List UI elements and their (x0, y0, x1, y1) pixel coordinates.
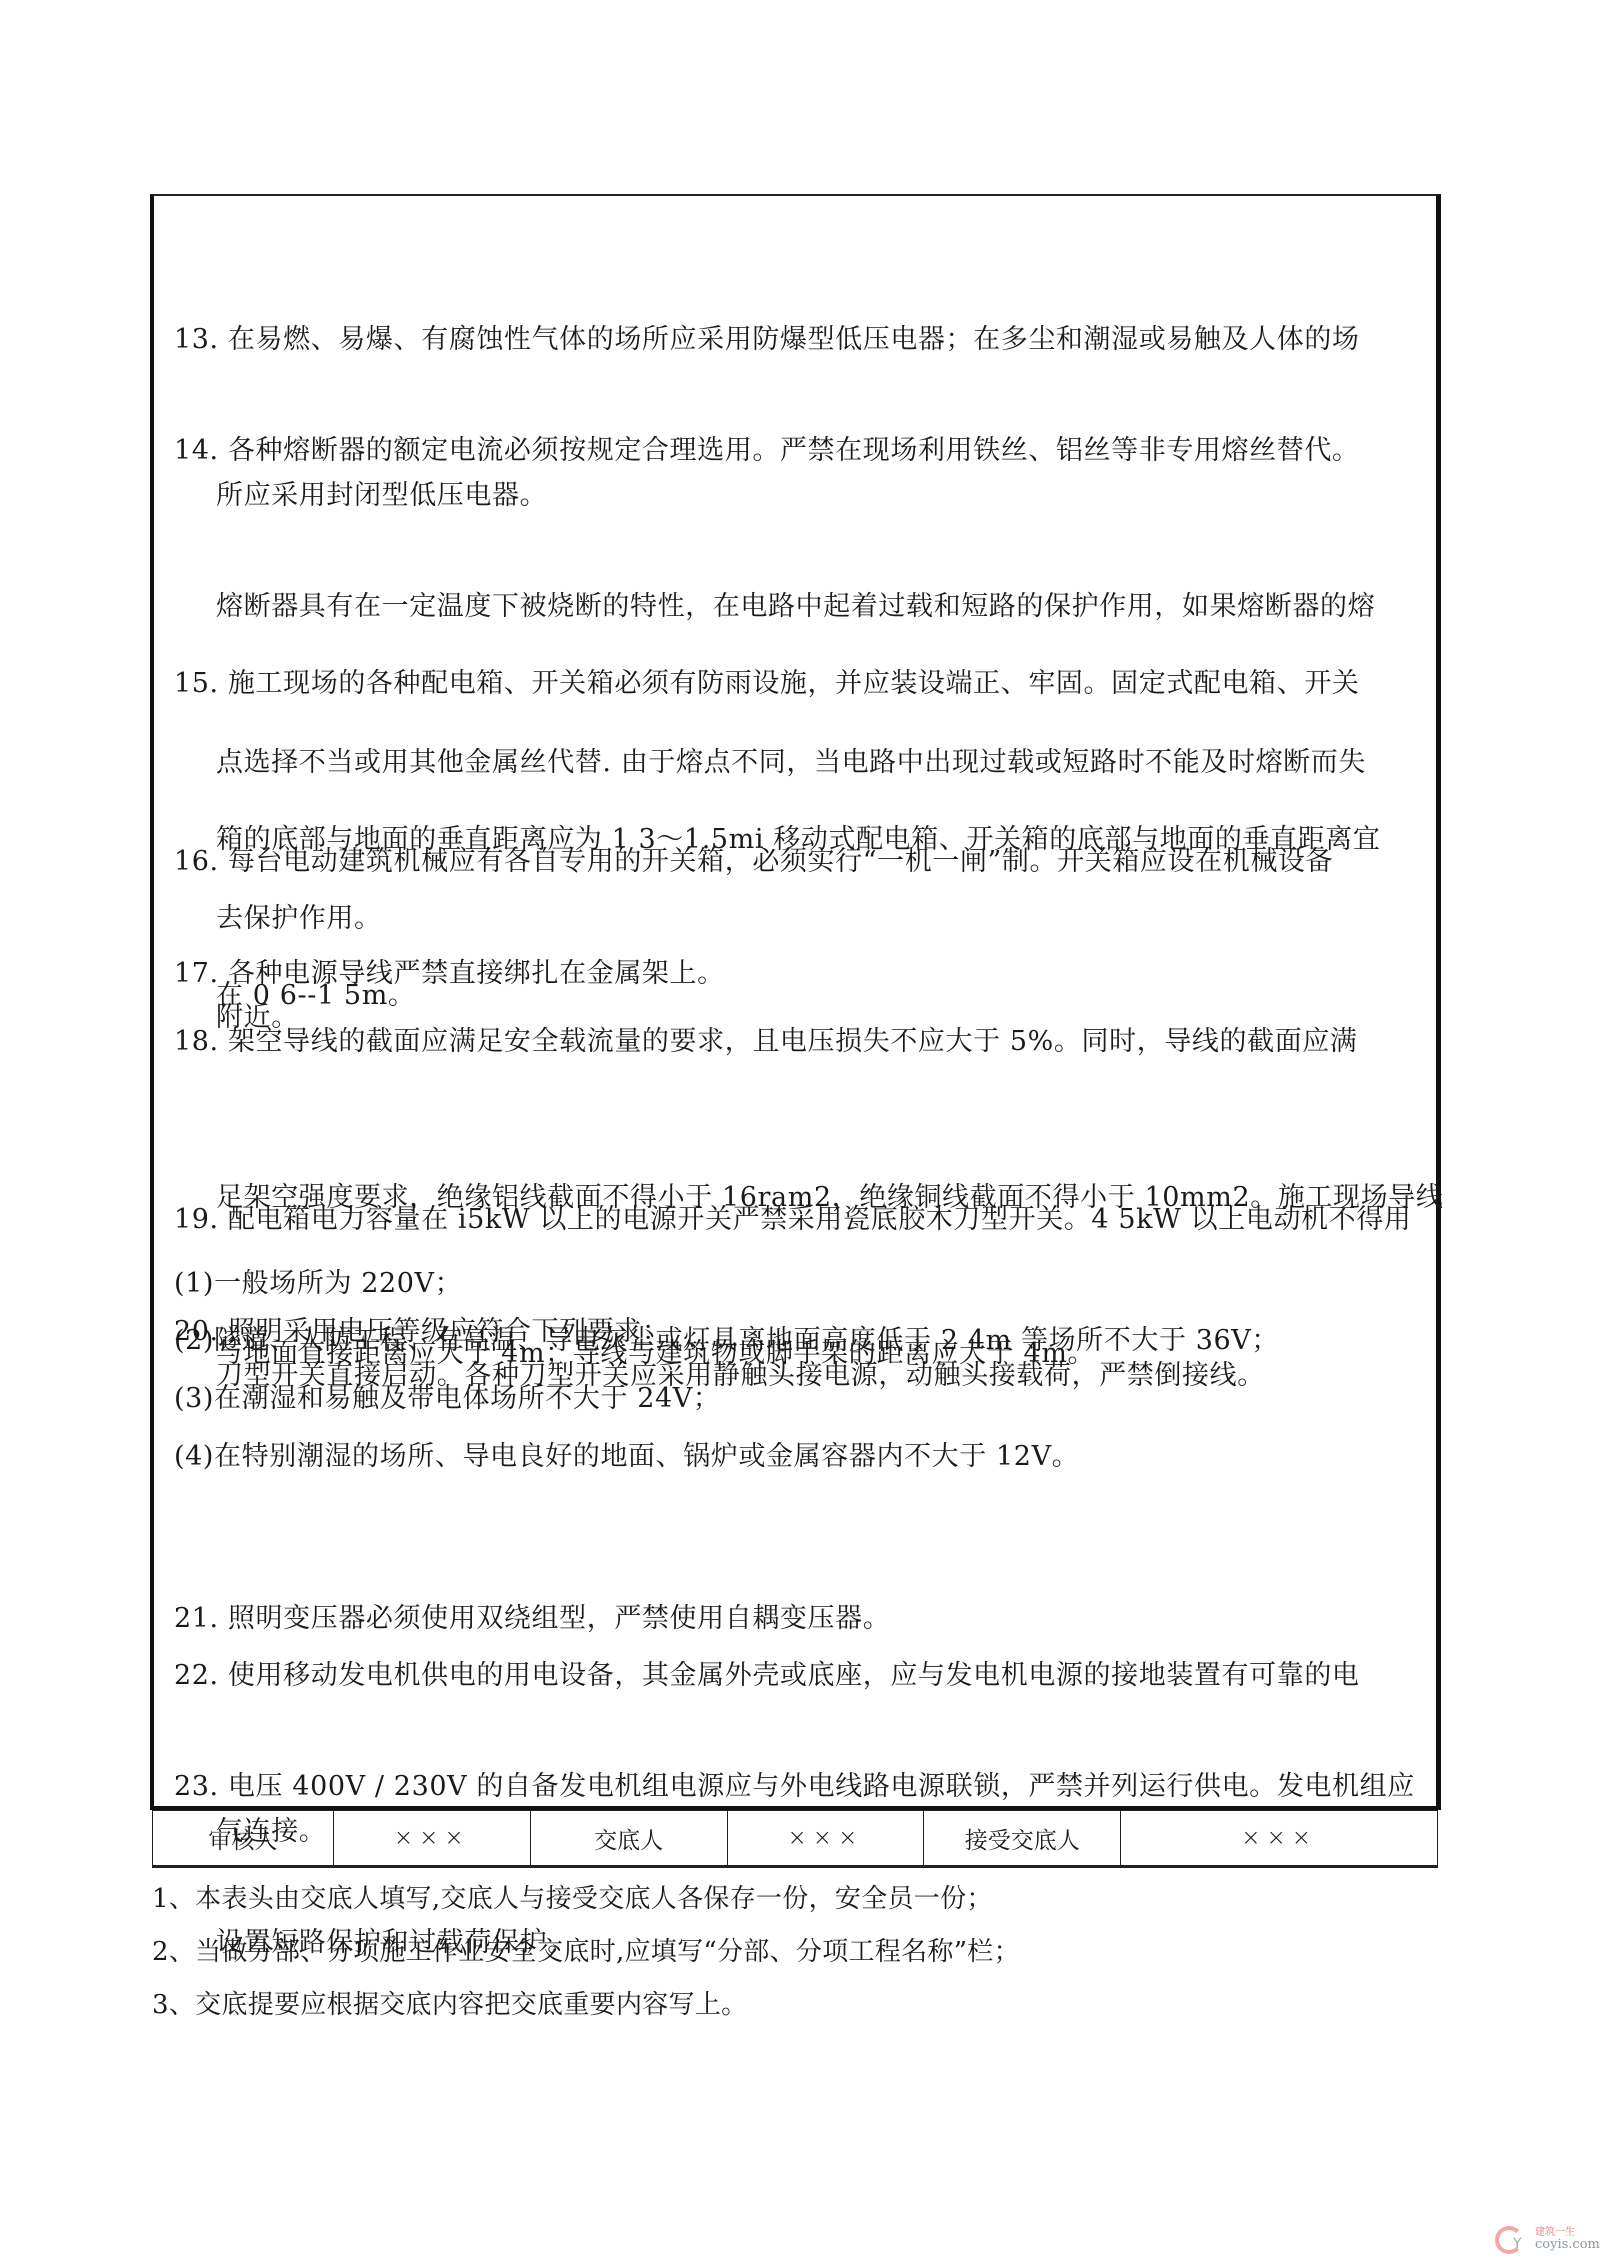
receiver-label: 接受交底人 (924, 1811, 1121, 1867)
item-14-line-1: 14. 各种熔断器的额定电流必须按规定合理选用。严禁在现场利用铁丝、铝丝等非专用… (174, 425, 1424, 477)
item-20-sub-1: (1)一般场所为 220V； (174, 1258, 462, 1310)
site-watermark: Y 建筑一生 coyis.com (1495, 2220, 1595, 2256)
item-23-line-1: 23. 电压 400V / 230V 的自备发电机组电源应与外电线路电源联锁，严… (174, 1761, 1424, 1813)
item-15-line-1: 15. 施工现场的各种配电箱、开关箱必须有防雨设施，并应装设端正、牢固。固定式配… (174, 658, 1424, 710)
item-20-sub-2: (2)隧道、人防工程、有高温、导电灰尘或灯具离地面高度低于 2 4m 等场所不大… (174, 1315, 1279, 1367)
signature-table: 审核人 ××× 交底人 ××× 接受交底人 ××× (152, 1810, 1438, 1868)
discloser-value[interactable]: ××× (727, 1811, 924, 1867)
watermark-url: coyis.com (1535, 2237, 1600, 2252)
footnote-1: 1、本表头由交底人填写,交底人与接受交底人各保存一份，安全员一份； (152, 1873, 1452, 1926)
reviewer-value[interactable]: ××× (333, 1811, 530, 1867)
item-20-sub-3: (3)在潮湿和易触及带电体场所不大于 24V； (174, 1373, 720, 1425)
footnote-3: 3、交底提要应根据交底内容把交底重要内容写上。 (152, 1979, 1452, 2032)
item-18-line-1: 18. 架空导线的截面应满足安全载流量的要求，且电压损失不应大于 5%。同时，导… (174, 1016, 1424, 1068)
item-20-sub-4: (4)在特别潮湿的场所、导电良好的地面、锅炉或金属容器内不大于 12V。 (174, 1431, 1079, 1483)
reviewer-label: 审核人 (153, 1811, 334, 1867)
watermark-logo-letter: Y (1513, 2236, 1522, 2252)
safety-disclosure-content-box: 13. 在易燃、易爆、有腐蚀性气体的场所应采用防爆型低压电器；在多尘和潮湿或易触… (150, 194, 1441, 1810)
footnotes: 1、本表头由交底人填写,交底人与接受交底人各保存一份，安全员一份； 2、当做分部… (152, 1873, 1452, 2032)
receiver-value[interactable]: ××× (1121, 1811, 1438, 1867)
discloser-label: 交底人 (530, 1811, 727, 1867)
signature-row: 审核人 ××× 交底人 ××× 接受交底人 ××× (153, 1811, 1438, 1867)
footnote-2: 2、当做分部、分项施工作业安全交底时,应填写“分部、分项工程名称”栏； (152, 1926, 1452, 1979)
watermark-cn-text: 建筑一生 (1535, 2223, 1575, 2238)
